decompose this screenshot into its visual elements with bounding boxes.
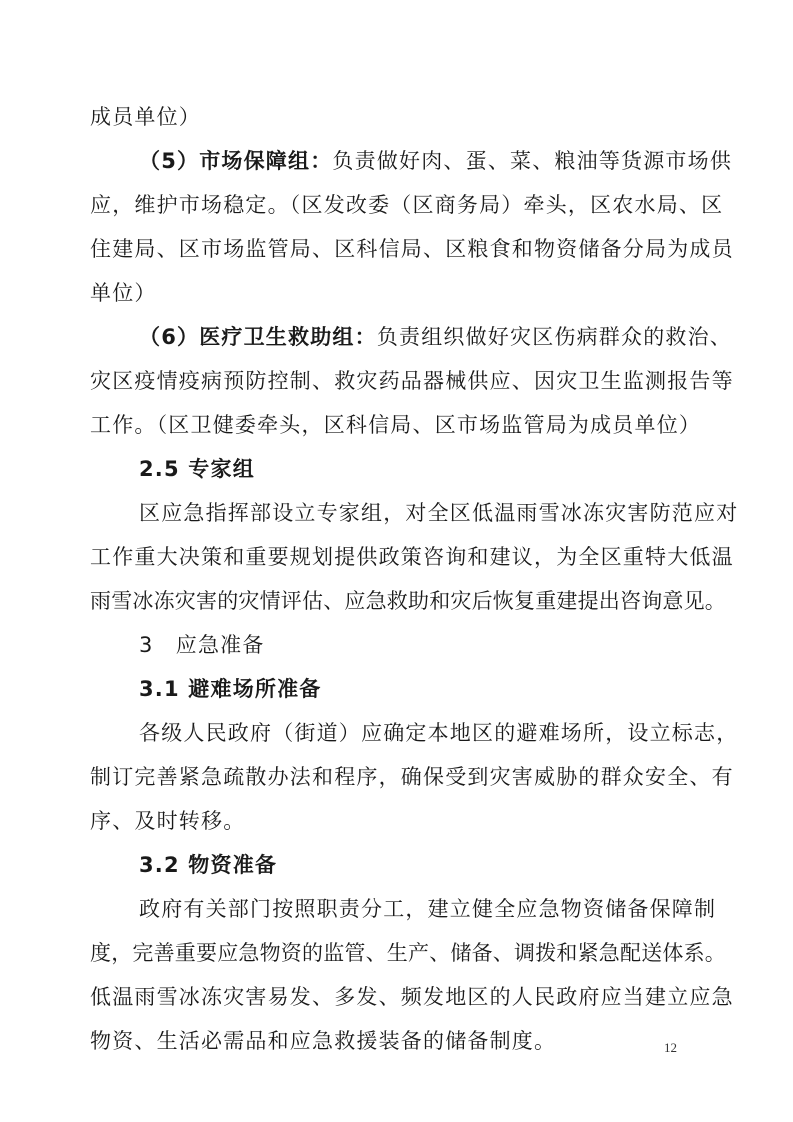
text-line: 度，完善重要应急物资的监管、生产、储备、调拨和紧急配送体系。 (90, 938, 710, 968)
text-line: 负责组织做好灾区伤病群众的救治、 (377, 325, 732, 349)
section-heading-2-5: 2.5 专家组 (139, 454, 759, 484)
text-line: 制订完善紧急疏散办法和程序，确保受到灾害威胁的群众安全、有 (90, 762, 710, 792)
group-label: （5）市场保障组： (139, 149, 332, 173)
paragraph-market-guarantee: （5）市场保障组：负责做好肉、蛋、菜、粮油等货源市场供 (139, 146, 759, 176)
text-line: 单位） (90, 278, 710, 308)
text-line: 工作重大决策和重要规划提供政策咨询和建议，为全区重特大低温 (90, 542, 710, 572)
text-line: 低温雨雪冰冻灾害易发、多发、频发地区的人民政府应当建立应急 (90, 982, 710, 1012)
page-number: 12 (664, 1040, 677, 1056)
text-line: 灾区疫情疫病预防控制、救灾药品器械供应、因灾卫生监测报告等 (90, 366, 710, 396)
text-line: 各级人民政府（街道）应确定本地区的避难场所，设立标志， (139, 718, 759, 748)
text-line: 政府有关部门按照职责分工，建立健全应急物资储备保障制 (139, 894, 759, 924)
text-line: 物资、生活必需品和应急救援装备的储备制度。 (90, 1026, 710, 1056)
text-line: 负责做好肉、蛋、菜、粮油等货源市场供 (332, 149, 732, 173)
text-line: 雨雪冰冻灾害的灾情评估、应急救助和灾后恢复重建提出咨询意见。 (90, 586, 710, 616)
text-line: 序、及时转移。 (90, 806, 710, 836)
section-heading-3-2: 3.2 物资准备 (139, 850, 759, 880)
text-line: 住建局、区市场监管局、区科信局、区粮食和物资储备分局为成员 (90, 234, 710, 264)
text-line: 应，维护市场稳定。（区发改委（区商务局）牵头，区农水局、区 (90, 190, 710, 220)
section-heading-3: 3 应急准备 (139, 630, 759, 660)
group-label: （6）医疗卫生救助组： (139, 325, 377, 349)
text-line: 成员单位） (90, 102, 710, 132)
paragraph-medical-rescue: （6）医疗卫生救助组：负责组织做好灾区伤病群众的救治、 (139, 322, 759, 352)
section-heading-3-1: 3.1 避难场所准备 (139, 674, 759, 704)
text-line: 区应急指挥部设立专家组，对全区低温雨雪冰冻灾害防范应对 (139, 498, 759, 528)
text-line: 工作。（区卫健委牵头，区科信局、区市场监管局为成员单位） (90, 410, 710, 440)
